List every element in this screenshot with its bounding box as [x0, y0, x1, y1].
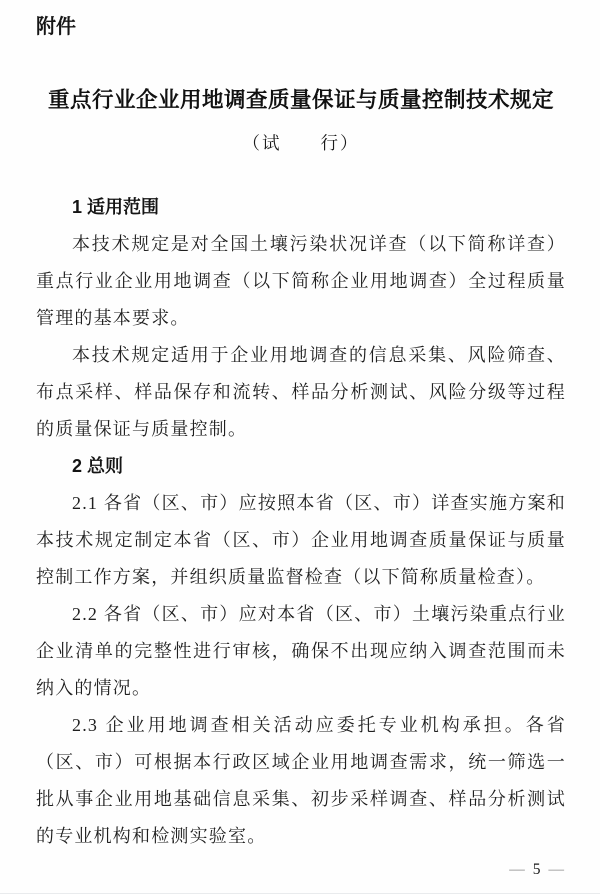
document-title: 重点行业企业用地调查质量保证与质量控制技术规定	[36, 83, 566, 114]
section-heading-general-rules: 2 总则	[36, 448, 566, 485]
paragraph-general-2-2: 2.2 各省（区、市）应对本省（区、市）土壤污染重点行业企业清单的完整性进行审核…	[36, 596, 566, 707]
paragraph-general-2-3: 2.3 企业用地调查相关活动应委托专业机构承担。各省（区、市）可根据本行政区域企…	[36, 707, 566, 855]
paragraph-scope-1: 本技术规定是对全国土壤污染状况详查（以下简称详查）重点行业企业用地调查（以下简称…	[36, 226, 566, 337]
paragraph-scope-2: 本技术规定适用于企业用地调查的信息采集、风险筛查、布点采样、样品保存和流转、样品…	[36, 337, 566, 448]
page-number-dash-right: —	[543, 861, 573, 878]
page-number-value: 5	[533, 861, 543, 878]
document-subtitle: （试 行）	[36, 130, 566, 155]
document-page: 附件 重点行业企业用地调查质量保证与质量控制技术规定 （试 行） 1 适用范围 …	[0, 0, 600, 894]
section-heading-scope: 1 适用范围	[36, 189, 566, 226]
page-number-dash-left: —	[503, 861, 533, 878]
paragraph-general-2-1: 2.1 各省（区、市）应按照本省（区、市）详查实施方案和本技术规定制定本省（区、…	[36, 485, 566, 596]
document-body: 1 适用范围 本技术规定是对全国土壤污染状况详查（以下简称详查）重点行业企业用地…	[36, 189, 566, 855]
page-number: —5—	[503, 861, 572, 879]
attachment-label: 附件	[36, 10, 566, 39]
